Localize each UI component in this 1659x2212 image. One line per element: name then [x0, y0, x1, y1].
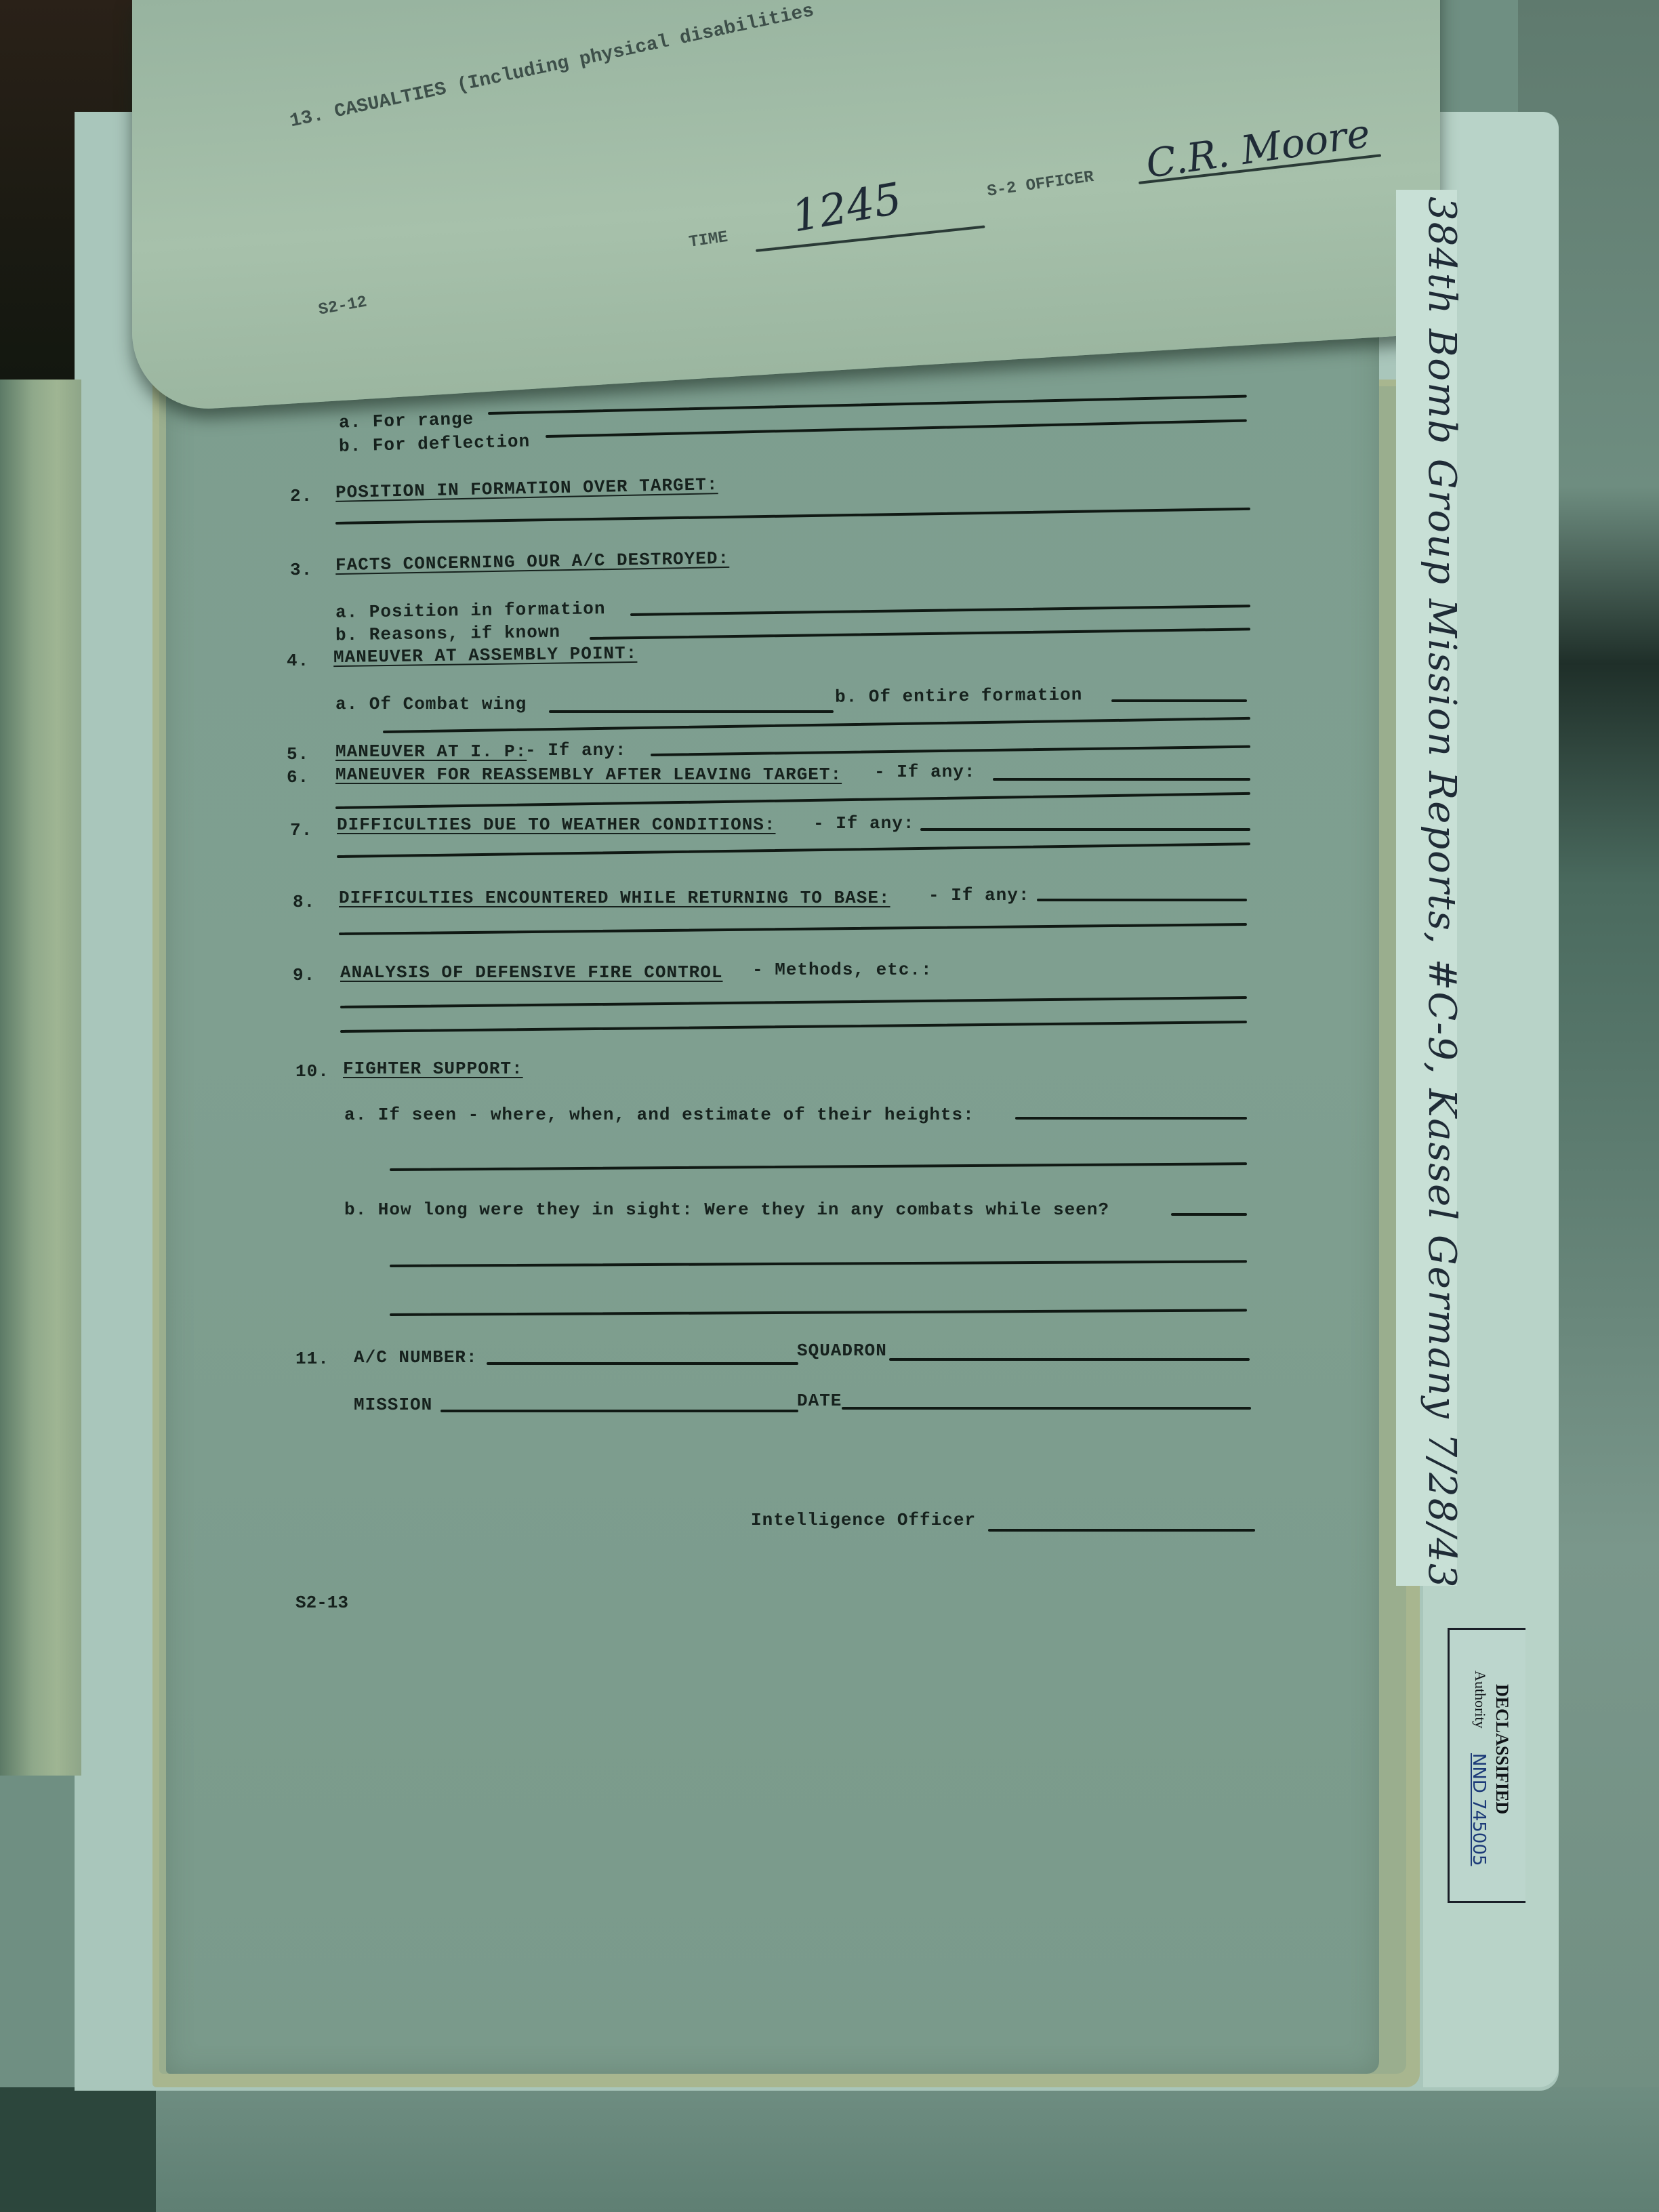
item-9-suffix: - Methods, etc.: [752, 960, 933, 980]
table-shadow [0, 2087, 156, 2212]
item-5-suffix: - If any: [525, 740, 626, 760]
item-6-heading: MANEUVER FOR REASSEMBLY AFTER LEAVING TA… [335, 764, 842, 785]
item-1a-label: a. For range [339, 409, 474, 432]
item-6-suffix: - If any: [874, 762, 975, 782]
item-2-number: 2. [290, 486, 312, 506]
item-5-number: 5. [287, 744, 309, 764]
mission-label: MISSION [354, 1395, 432, 1415]
item-10-number: 10. [295, 1061, 329, 1082]
item-10b-field[interactable] [1171, 1213, 1247, 1216]
item-6-number: 6. [287, 767, 309, 787]
item-11-number: 11. [295, 1349, 329, 1369]
item-4a-field[interactable] [549, 710, 834, 713]
item-8-heading: DIFFICULTIES ENCOUNTERED WHILE RETURNING… [339, 888, 890, 908]
item-3-number: 3. [290, 560, 312, 580]
squadron-field[interactable] [889, 1358, 1250, 1361]
table-surface [0, 2087, 1659, 2212]
item-8-suffix: - If any: [928, 885, 1029, 905]
item-3b-label: b. Reasons, if known [335, 622, 560, 646]
item-9-heading: ANALYSIS OF DEFENSIVE FIRE CONTROL [340, 962, 723, 983]
item-5-heading: MANEUVER AT I. P: [335, 741, 527, 762]
authority-label: Authority [1471, 1671, 1489, 1729]
item-7-field[interactable] [920, 828, 1250, 831]
item-4a-label: a. Of Combat wing [335, 694, 527, 714]
item-10b-label: b. How long were they in sight: Were the… [344, 1200, 1109, 1220]
item-7-number: 7. [290, 820, 312, 840]
declassified-title: DECLASSIFIED [1492, 1684, 1512, 1814]
item-10a-field[interactable] [1015, 1117, 1247, 1120]
left-page-stack [0, 380, 81, 1776]
item-8-number: 8. [293, 892, 315, 912]
item-10-heading: FIGHTER SUPPORT: [343, 1059, 523, 1079]
date-field[interactable] [842, 1407, 1251, 1410]
item-4-number: 4. [287, 651, 309, 671]
item-7-suffix: - If any: [813, 813, 914, 834]
item-4b-field[interactable] [1111, 699, 1247, 702]
item-4-heading: MANEUVER AT ASSEMBLY POINT: [333, 643, 638, 668]
date-label: DATE [797, 1391, 842, 1411]
item-3a-label: a. Position in formation [335, 598, 606, 623]
folder-handwritten-label: 384th Bomb Group Mission Reports, #C-9, … [1420, 197, 1464, 1589]
authority-value: NND 745005 [1469, 1753, 1489, 1866]
item-8-field[interactable] [1037, 899, 1247, 901]
item-4b-label: b. Of entire formation [835, 684, 1083, 707]
form-code-s2-13: S2-13 [295, 1593, 348, 1613]
item-9-number: 9. [293, 965, 315, 985]
declassified-stamp: DECLASSIFIED Authority NND 745005 [1448, 1628, 1525, 1903]
ac-number-label: A/C NUMBER: [354, 1347, 478, 1368]
form-page [166, 319, 1379, 2074]
item-6-field[interactable] [993, 778, 1250, 781]
squadron-label: SQUADRON [797, 1340, 887, 1361]
item-7-heading: DIFFICULTIES DUE TO WEATHER CONDITIONS: [337, 815, 776, 835]
intelligence-officer-label: Intelligence Officer [751, 1510, 976, 1530]
intelligence-officer-signature-field[interactable] [988, 1529, 1255, 1532]
item-10a-label: a. If seen - where, when, and estimate o… [344, 1105, 975, 1125]
ac-number-field[interactable] [487, 1362, 798, 1365]
mission-field[interactable] [441, 1410, 798, 1412]
